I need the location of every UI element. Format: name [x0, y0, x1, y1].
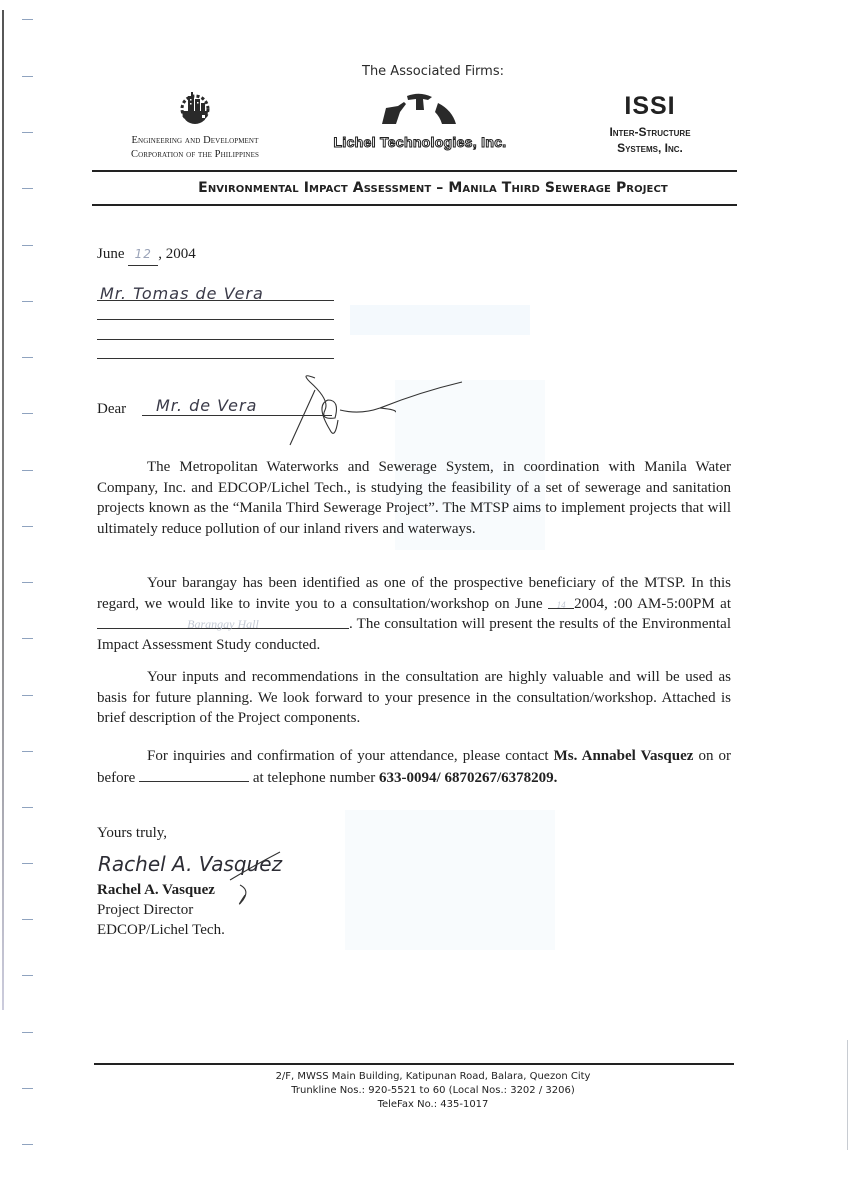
- gear-building-logo-icon: [173, 86, 217, 130]
- initials-signature: [280, 370, 470, 450]
- footer: 2/F, MWSS Main Building, Katipunan Road,…: [0, 1070, 866, 1112]
- arc-segments-logo-icon: [380, 92, 460, 126]
- paragraph-3: Your inputs and recommendations in the c…: [97, 667, 731, 729]
- salutation-prefix: Dear: [97, 401, 126, 417]
- date-month: June: [97, 246, 125, 262]
- project-title: Environmental Impact Assessment – Manila…: [0, 180, 866, 196]
- recipient-line-1: [97, 300, 334, 301]
- footer-trunkline: Trunkline Nos.: 920-5521 to 60 (Local No…: [0, 1084, 866, 1098]
- venue-blank: Barangay Hall: [97, 614, 349, 629]
- firm-lichel: Lichel Technologies, Inc.: [330, 92, 510, 150]
- paragraph-4: For inquiries and confirmation of your a…: [97, 746, 731, 788]
- header-rule-top: [92, 170, 737, 172]
- recipient-line-4: [97, 358, 334, 359]
- date-day-handwritten: 12: [135, 247, 152, 261]
- date-year: , 2004: [158, 246, 196, 262]
- footer-address: 2/F, MWSS Main Building, Katipunan Road,…: [0, 1070, 866, 1084]
- workshop-time: :00 AM-5:00PM at: [613, 596, 731, 612]
- edcop-name-line2: Corporation of the Philippines: [95, 148, 295, 162]
- footer-telefax: TeleFax No.: 435-1017: [0, 1098, 866, 1112]
- signer-org: EDCOP/Lichel Tech.: [97, 920, 225, 941]
- lichel-name: Lichel Technologies, Inc.: [330, 134, 510, 150]
- firm-edcop: Engineering and Development Corporation …: [95, 86, 295, 162]
- associated-firms-caption: The Associated Firms:: [0, 64, 866, 79]
- bleed-through: [350, 305, 530, 335]
- letter-date: June 12 , 2004: [97, 244, 196, 266]
- edcop-name-line1: Engineering and Development: [95, 134, 295, 148]
- scan-edge-line: [2, 10, 4, 1010]
- paragraph-1: The Metropolitan Waterworks and Sewerage…: [97, 457, 731, 539]
- paragraph-2: Your barangay has been identified as one…: [97, 573, 731, 655]
- workshop-day-blank: 14: [548, 594, 574, 609]
- salutation: Dear: [97, 399, 126, 420]
- issi-name-line2: Systems, Inc.: [580, 140, 720, 156]
- deadline-blank: [139, 767, 249, 782]
- firm-issi: ISSI Inter-Structure Systems, Inc.: [580, 92, 720, 156]
- issi-name-line1: Inter-Structure: [580, 124, 720, 140]
- issi-logo-text: ISSI: [580, 92, 720, 120]
- footer-rule: [94, 1063, 734, 1065]
- closing: Yours truly,: [97, 823, 167, 844]
- header-rule-bottom: [92, 204, 737, 206]
- contact-phone: 633-0094/ 6870267/6378209.: [379, 770, 557, 786]
- contact-person: Ms. Annabel Vasquez: [554, 748, 694, 764]
- signer-title: Project Director: [97, 900, 193, 921]
- recipient-line-3: [97, 339, 334, 340]
- signer-name: Rachel A. Vasquez: [97, 880, 215, 901]
- signature-flourish: [225, 850, 285, 910]
- recipient-line-2: [97, 319, 334, 320]
- bleed-through: [345, 810, 555, 950]
